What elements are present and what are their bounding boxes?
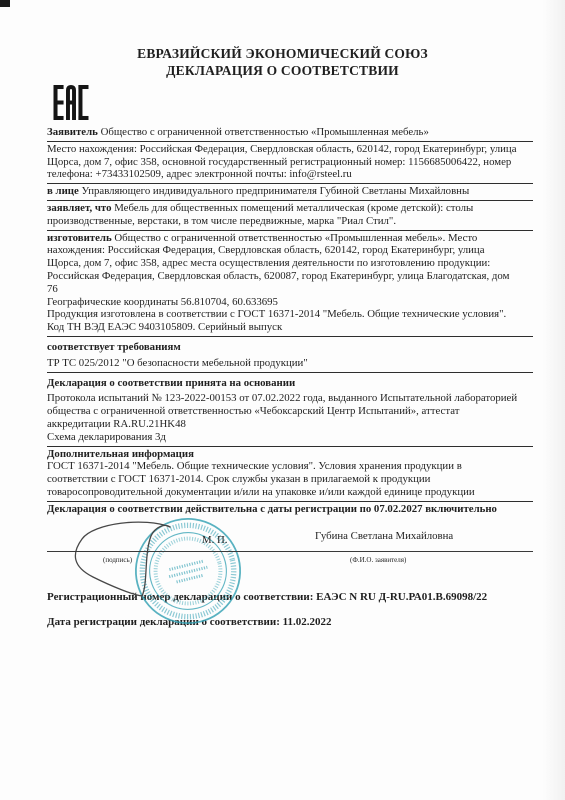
signature-area: М. П. (подпись) Губина Светлана Михайлов… bbox=[47, 518, 533, 580]
complies-row: соответствует требованиям ТР ТС 025/2012… bbox=[47, 337, 533, 373]
stamp-place-label: М. П. bbox=[202, 534, 228, 547]
declaration-scheme: Схема декларирования 3д bbox=[47, 431, 533, 444]
represented-by-row: в лице Управляющего индивидуального пред… bbox=[47, 184, 533, 201]
basis-protocol: Протокола испытаний № 123-2022-00153 от … bbox=[47, 392, 533, 430]
signature-caption: (подпись) bbox=[103, 554, 132, 567]
declares-label: заявляет, что bbox=[47, 202, 112, 214]
additional-info-text: ГОСТ 16371-2014 "Мебель. Общие техническ… bbox=[47, 460, 533, 498]
signature-line bbox=[47, 551, 533, 552]
basis-row: Декларация о соответствии принята на осн… bbox=[47, 373, 533, 447]
applicant-row: Заявитель Общество с ограниченной ответс… bbox=[47, 125, 533, 142]
applicant-full-name: Губина Светлана Михайловна bbox=[315, 530, 453, 543]
registration-date-line: Дата регистрации декларации о соответств… bbox=[47, 616, 533, 629]
manufacturer-label: изготовитель bbox=[47, 232, 112, 244]
additional-info-row: Дополнительная информация ГОСТ 16371-201… bbox=[47, 447, 533, 502]
title-line-union: ЕВРАЗИЙСКИЙ ЭКОНОМИЧЕСКИЙ СОЮЗ bbox=[0, 46, 565, 63]
title-line-declaration: ДЕКЛАРАЦИЯ О СООТВЕТСТВИИ bbox=[0, 63, 565, 80]
represented-by-label: в лице bbox=[47, 185, 79, 197]
manufacturer-row: изготовитель Общество с ограниченной отв… bbox=[47, 231, 533, 337]
made-per-gost: Продукция изготовлена в соответствии с Г… bbox=[47, 308, 533, 321]
eac-mark-icon bbox=[53, 85, 89, 120]
document-page: ЕВРАЗИЙСКИЙ ЭКОНОМИЧЕСКИЙ СОЮЗ ДЕКЛАРАЦИ… bbox=[0, 0, 565, 800]
tn-ved-code: Код ТН ВЭД ЕАЭС 9403105809. Серийный вып… bbox=[47, 321, 533, 334]
eac-logo bbox=[53, 85, 89, 120]
basis-heading: Декларация о соответствии принята на осн… bbox=[47, 377, 533, 390]
applicant-address: Место нахождения: Российская Федерация, … bbox=[47, 143, 516, 181]
complies-regulation: ТР ТС 025/2012 "О безопасности мебельной… bbox=[47, 357, 533, 370]
applicant-address-row: Место нахождения: Российская Федерация, … bbox=[47, 142, 533, 184]
additional-info-heading: Дополнительная информация bbox=[47, 448, 533, 461]
declares-row: заявляет, что Мебель для общественных по… bbox=[47, 201, 533, 231]
document-body: Заявитель Общество с ограниченной ответс… bbox=[47, 125, 533, 629]
scan-corner-artifact bbox=[0, 0, 10, 7]
applicant-value: Общество с ограниченной ответственностью… bbox=[101, 126, 429, 138]
full-name-caption: (Ф.И.О. заявителя) bbox=[350, 554, 406, 567]
document-title: ЕВРАЗИЙСКИЙ ЭКОНОМИЧЕСКИЙ СОЮЗ ДЕКЛАРАЦИ… bbox=[0, 0, 565, 79]
manufacturer-value: Общество с ограниченной ответственностью… bbox=[47, 232, 509, 295]
geo-coordinates: Географические координаты 56.810704, 60.… bbox=[47, 296, 533, 309]
applicant-label: Заявитель bbox=[47, 126, 98, 138]
complies-heading: соответствует требованиям bbox=[47, 341, 533, 354]
validity-line: Декларация о соответствии действительна … bbox=[47, 502, 533, 518]
represented-by-value: Управляющего индивидуального предпринима… bbox=[82, 185, 470, 197]
